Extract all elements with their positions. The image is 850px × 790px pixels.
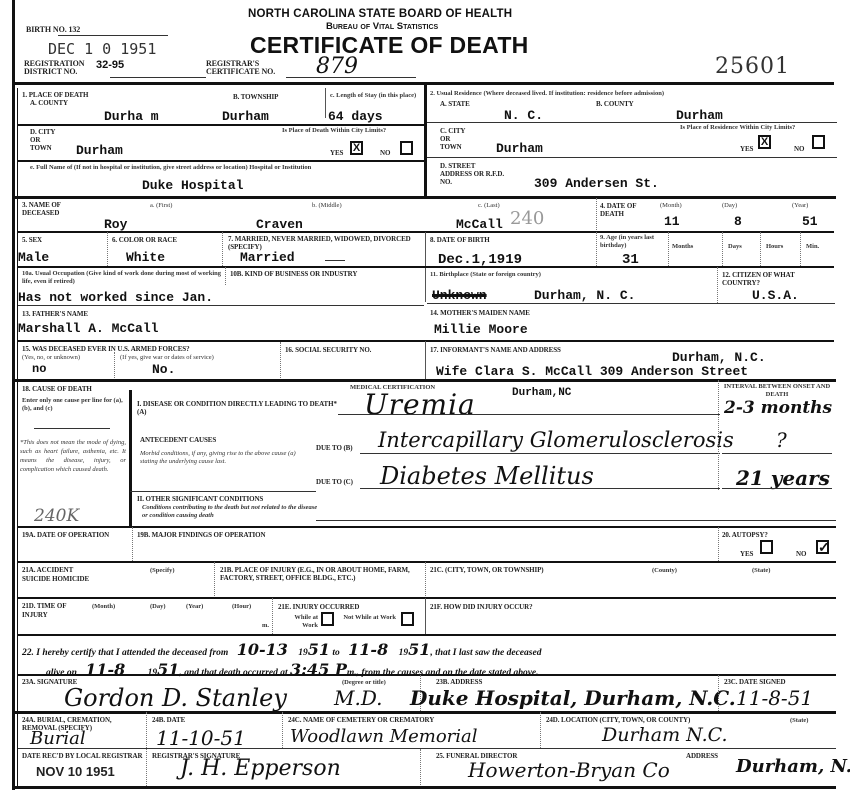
physician-degree: M.D. bbox=[334, 686, 383, 710]
birth-number: Birth No. 132 bbox=[26, 26, 80, 34]
township-label: b. Township bbox=[233, 93, 278, 101]
divider bbox=[425, 341, 426, 379]
registration-district-label: Registration District No. bbox=[24, 60, 88, 76]
occupation-label: 10a. Usual Occupation (Give kind of work… bbox=[22, 270, 222, 285]
registrar-certificate-label: Registrar's Certificate No. bbox=[206, 60, 286, 76]
length-of-stay-label: c. Length of Stay (in this place) bbox=[330, 92, 424, 100]
form-bottom-border bbox=[14, 786, 836, 789]
immediate-cause-value: Uremia bbox=[364, 388, 476, 421]
due-to-b-label: Due to (b) bbox=[316, 444, 352, 452]
cemetery-value: Woodlawn Memorial bbox=[290, 726, 478, 747]
autopsy-yes-label: Yes bbox=[740, 550, 753, 558]
hospital-label: e. Full Name of (If not in hospital or i… bbox=[30, 164, 410, 172]
injury-year-label: (Year) bbox=[186, 603, 203, 611]
occupation-value: Has not worked since Jan. bbox=[18, 290, 213, 305]
last-name-label: c. (Last) bbox=[478, 202, 500, 210]
antecedent-causes-label: Antecedent Causes bbox=[140, 436, 216, 444]
last-name-value: McCall bbox=[456, 217, 503, 232]
birthplace-label: 11. Birthplace (State or foreign country… bbox=[430, 271, 541, 279]
first-name-value: Roy bbox=[104, 217, 127, 232]
divider bbox=[800, 232, 801, 266]
immediate-cause-label: I. Disease or Condition Directly Leading… bbox=[137, 400, 337, 416]
row-rule bbox=[18, 231, 834, 233]
year-prefix: 19 bbox=[298, 648, 308, 658]
date-received-stamp: NOV 10 1951 bbox=[36, 764, 115, 779]
divider bbox=[596, 232, 597, 266]
row-rule bbox=[18, 526, 836, 528]
attended-to-date: 11-8 bbox=[348, 640, 388, 659]
divider bbox=[717, 267, 718, 303]
cause-a-line bbox=[338, 414, 720, 415]
interval-c-value: 21 years bbox=[736, 466, 830, 490]
injury-hour-label: (Hour) bbox=[232, 603, 251, 611]
war-dates-hint: (If yes, give war or dates of service) bbox=[120, 354, 214, 362]
attended-from-year: 51 bbox=[308, 640, 330, 659]
industry-label: 10b. Kind of Business or Industry bbox=[230, 270, 420, 278]
cause-footnote: *This does not mean the mode of dying, s… bbox=[20, 438, 126, 474]
row-rule bbox=[427, 303, 835, 304]
row-rule bbox=[427, 122, 837, 123]
informant-label: 17. Informant's Name and Address bbox=[430, 346, 561, 354]
row-rule bbox=[18, 124, 424, 126]
section-1-2-divider bbox=[424, 85, 427, 197]
birthplace-value: Durham, N. C. bbox=[534, 288, 635, 303]
dob-label: 8. Date of Birth bbox=[430, 236, 490, 244]
injury-occurred-label: 21e. Injury Occurred bbox=[278, 603, 359, 611]
cause-c-value: Diabetes Mellitus bbox=[380, 462, 594, 490]
months-label: Months bbox=[672, 243, 693, 251]
due-to-c-label: Due to (c) bbox=[316, 478, 353, 486]
death-year-label: (Year) bbox=[792, 202, 808, 210]
cause-left-divider bbox=[129, 390, 132, 526]
interval-b-value: ? bbox=[776, 428, 787, 452]
how-injury-occurred-label: 21f. How Did Injury Occur? bbox=[430, 603, 533, 611]
cause-instructions: Enter only one cause per line for (a), (… bbox=[22, 397, 126, 412]
cert-text-5: m., from the causes and on the date stat… bbox=[347, 668, 539, 678]
registrar-certificate-number: 879 bbox=[316, 54, 358, 79]
birth-number-underline bbox=[58, 35, 168, 36]
divider bbox=[225, 267, 226, 285]
row-rule bbox=[18, 340, 834, 342]
informant-value: Wife Clara S. McCall 309 Anderson Street bbox=[436, 364, 748, 379]
divider bbox=[718, 675, 719, 711]
other-conditions-label: II. Other Significant Conditions bbox=[137, 495, 263, 503]
autopsy-label: 20. Autopsy? bbox=[722, 531, 768, 539]
within-limits-yes-checkbox[interactable]: X bbox=[350, 141, 363, 155]
row-rule bbox=[18, 748, 836, 749]
armed-forces-label: 15. Was Deceased Ever in U.S. Armed Forc… bbox=[22, 345, 292, 353]
armed-forces-hint: (Yes, no, or unknown) bbox=[22, 354, 80, 362]
county-value: Durha m bbox=[104, 109, 159, 124]
middle-name-label: b. (Middle) bbox=[312, 202, 342, 210]
funeral-address-label: Address bbox=[686, 752, 718, 760]
divider bbox=[146, 712, 147, 788]
hospital-value: Duke Hospital bbox=[142, 178, 243, 193]
burial-state-label: (State) bbox=[790, 717, 808, 725]
attended-to-year: 51 bbox=[408, 640, 430, 659]
days-label: Days bbox=[728, 243, 742, 251]
birthplace-struck: Unknown bbox=[432, 288, 487, 303]
divider bbox=[668, 232, 669, 266]
place-of-death-label: 1. Place of Death bbox=[22, 91, 88, 99]
note-separator bbox=[34, 428, 110, 429]
row-rule bbox=[18, 597, 836, 599]
agency-name: NORTH CAROLINA STATE BOARD OF HEALTH bbox=[248, 8, 512, 20]
death-time: 3:45 P bbox=[290, 660, 347, 679]
operation-findings-label: 19b. Major Findings of Operation bbox=[137, 531, 265, 539]
res-within-limits-yes-checkbox[interactable]: X bbox=[758, 135, 771, 149]
divider bbox=[540, 712, 541, 748]
divider bbox=[722, 232, 723, 266]
year-prefix: 19 bbox=[399, 648, 409, 658]
interval-divider bbox=[718, 380, 719, 490]
section-rule bbox=[14, 379, 836, 382]
physician-address: Duke Hospital, Durham, N.C. bbox=[410, 686, 736, 710]
ssn-label: 16. Social Security No. bbox=[285, 346, 371, 354]
res-yes-label: Yes bbox=[740, 145, 753, 153]
hours-label: Hours bbox=[766, 243, 783, 251]
autopsy-no-checkbox[interactable]: ✓ bbox=[816, 540, 829, 554]
injury-time-label: 21d. Time of Injury bbox=[22, 602, 70, 620]
city-label: d. City or Town bbox=[30, 128, 62, 152]
year-prefix: 19 bbox=[148, 668, 158, 678]
injury-state-label: (State) bbox=[752, 567, 770, 575]
row-rule bbox=[427, 157, 837, 158]
res-county-label: b. County bbox=[596, 100, 634, 108]
section-rule bbox=[14, 711, 836, 714]
minutes-label: Min. bbox=[806, 243, 819, 251]
death-month-label: (Month) bbox=[660, 202, 682, 210]
marital-mark bbox=[325, 260, 345, 261]
race-value: White bbox=[126, 250, 165, 265]
cause-c-line bbox=[360, 488, 720, 489]
sex-value: Male bbox=[18, 250, 49, 265]
date-signed-value: 11-8-51 bbox=[736, 686, 813, 710]
father-label: 13. Father's Name bbox=[22, 310, 88, 318]
bureau-name: Bureau of Vital Statistics bbox=[326, 21, 438, 32]
burial-type-value: Burial bbox=[30, 728, 86, 749]
middle-name-value: Craven bbox=[256, 217, 303, 232]
war-dates-value: No. bbox=[152, 362, 175, 377]
burial-date-label: 24b. Date bbox=[152, 716, 185, 724]
part2-line bbox=[316, 520, 836, 521]
res-city-label: c. City or Town bbox=[440, 127, 472, 151]
certification-statement: 22. I hereby certify that I attended the… bbox=[22, 640, 834, 659]
mother-value: Millie Moore bbox=[434, 322, 528, 337]
row-rule bbox=[18, 305, 424, 306]
row-rule bbox=[18, 160, 424, 162]
autopsy-yes-checkbox[interactable] bbox=[760, 540, 773, 554]
injury-day-label: (Day) bbox=[150, 603, 166, 611]
certification-location: Durham,NC bbox=[512, 387, 571, 399]
registration-district-value: 32-95 bbox=[96, 59, 124, 71]
cert-text-2: , that I last saw the deceased bbox=[430, 648, 541, 658]
first-name-label: a. (First) bbox=[150, 202, 172, 210]
divider bbox=[282, 712, 283, 748]
last-name-annotation: 240 bbox=[510, 208, 544, 229]
informant-city: Durham, N.C. bbox=[672, 350, 766, 365]
usual-residence-label: 2. Usual Residence (Where deceased lived… bbox=[430, 90, 840, 98]
length-of-stay-value: 64 days bbox=[328, 109, 383, 124]
cert-text-1: 22. I hereby certify that I attended the… bbox=[22, 648, 228, 658]
res-within-limits-label: Is Place of Residence Within City Limits… bbox=[680, 124, 840, 132]
not-while-at-work-checkbox[interactable] bbox=[401, 612, 414, 626]
divider bbox=[425, 598, 426, 634]
part2-rule bbox=[130, 491, 316, 492]
race-label: 6. Color or Race bbox=[112, 236, 177, 244]
attended-from-date: 10-13 bbox=[237, 640, 288, 659]
form-left-border bbox=[12, 0, 15, 790]
city-value: Durham bbox=[76, 143, 123, 158]
state-label: a. State bbox=[440, 100, 470, 108]
physician-address-label: 23b. Address bbox=[436, 678, 482, 686]
row-rule bbox=[18, 561, 836, 563]
street-label: d. Street Address or R.F.D. No. bbox=[440, 162, 508, 186]
section-rule bbox=[14, 196, 836, 199]
interval-label: Interval Between Onset and Death bbox=[722, 383, 832, 398]
funeral-address-value: Durham, N.C. bbox=[736, 756, 850, 777]
interval-c-line bbox=[722, 488, 832, 489]
burial-date-value: 11-10-51 bbox=[156, 726, 246, 750]
received-date-stamp: DEC 1 0 1951 bbox=[48, 40, 156, 58]
cert-text-4: , and that death occurred at bbox=[179, 668, 287, 678]
cause-b-value: Intercapillary Glomerulosclerosis bbox=[378, 428, 734, 452]
within-city-limits-label: Is Place of Death Within City Limits? bbox=[282, 127, 422, 135]
divider bbox=[214, 562, 215, 598]
injury-city-label: 21c. (City, Town, or Township) bbox=[430, 566, 544, 574]
row-rule bbox=[18, 634, 836, 636]
row-rule bbox=[18, 674, 836, 676]
res-county-value: Durham bbox=[676, 108, 723, 123]
stay-divider bbox=[325, 88, 326, 118]
injury-m-label: m. bbox=[262, 622, 269, 630]
other-conditions-hint: Conditions contributing to the death but… bbox=[142, 504, 322, 519]
while-at-work-label: While at Work bbox=[282, 614, 318, 629]
antecedent-hint: Morbid conditions, if any, giving rise t… bbox=[140, 450, 312, 465]
yes-label: Yes bbox=[330, 149, 343, 157]
burial-location-label: 24d. Location (City, town, or county) bbox=[546, 716, 690, 724]
county-label: a. County bbox=[30, 99, 68, 107]
death-month-value: 11 bbox=[664, 214, 680, 229]
last-seen-year: 51 bbox=[157, 660, 179, 679]
injury-month-label: (Month) bbox=[92, 603, 115, 611]
marital-status-value: Married bbox=[240, 250, 295, 265]
physician-signature: Gordon D. Stanley bbox=[64, 684, 287, 712]
res-no-label: No bbox=[794, 145, 804, 153]
divider bbox=[718, 527, 719, 561]
res-within-limits-no-checkbox[interactable] bbox=[812, 135, 825, 149]
form-left-border-inner bbox=[17, 88, 18, 788]
margin-annotation: 240K bbox=[34, 506, 79, 526]
not-while-at-work-label: Not While at Work bbox=[340, 614, 396, 622]
cemetery-label: 24c. Name of Cemetery or Crematory bbox=[288, 716, 434, 724]
divider bbox=[132, 527, 133, 561]
marital-status-label: 7. Married, Never Married, Widowed, Divo… bbox=[228, 235, 423, 251]
divider bbox=[222, 232, 223, 266]
divider bbox=[760, 232, 761, 266]
citizen-value: U.S.A. bbox=[752, 288, 799, 303]
document-title: CERTIFICATE OF DEATH bbox=[250, 32, 529, 59]
death-year-value: 51 bbox=[802, 214, 818, 229]
injury-county-label: (County) bbox=[652, 567, 677, 575]
autopsy-no-label: No bbox=[796, 550, 806, 558]
res-city-value: Durham bbox=[496, 141, 543, 156]
divider bbox=[272, 598, 273, 634]
injury-place-label: 21b. Place of Injury (e.g., in or about … bbox=[220, 566, 416, 582]
township-value: Durham bbox=[222, 109, 269, 124]
date-signed-label: 23c. Date Signed bbox=[724, 678, 785, 686]
divider bbox=[425, 562, 426, 598]
date-of-death-label: 4. Date of Death bbox=[600, 202, 640, 218]
operation-date-label: 19a. Date of Operation bbox=[22, 531, 132, 539]
divider bbox=[280, 342, 281, 378]
street-value: 309 Andersen St. bbox=[534, 176, 659, 191]
accident-type-label: 21a. Accident Suicide Homicide bbox=[22, 566, 92, 584]
state-file-number: 25601 bbox=[715, 54, 790, 79]
while-at-work-checkbox[interactable] bbox=[321, 612, 334, 626]
registrar-signature: J. H. Epperson bbox=[180, 756, 341, 781]
no-label: No bbox=[380, 149, 390, 157]
last-seen-date: 11-8 bbox=[85, 660, 125, 679]
interval-b-line bbox=[722, 453, 832, 454]
age-label: 9. Age (in years last birthday) bbox=[600, 234, 666, 249]
divider bbox=[420, 749, 421, 787]
row-rule bbox=[18, 266, 834, 268]
death-day-label: (Day) bbox=[722, 202, 737, 210]
sex-label: 5. Sex bbox=[22, 236, 42, 244]
interval-a-value: 2-3 months bbox=[724, 398, 832, 418]
citizen-label: 12. Citizen of What Country? bbox=[722, 271, 834, 287]
certification-statement-line-2: alive on 11-8 1951, and that death occur… bbox=[46, 660, 539, 679]
registration-district-underline bbox=[110, 77, 206, 78]
cause-b-line bbox=[360, 453, 720, 454]
deceased-name-label: 3. Name of Deceased bbox=[22, 201, 78, 217]
divider bbox=[107, 232, 108, 266]
within-limits-no-checkbox[interactable] bbox=[400, 141, 413, 155]
father-value: Marshall A. McCall bbox=[18, 321, 158, 336]
divider bbox=[114, 352, 115, 378]
burial-location-value: Durham N.C. bbox=[602, 724, 728, 746]
to-label: to bbox=[332, 648, 339, 658]
name-date-divider bbox=[596, 198, 597, 232]
armed-forces-value: no bbox=[32, 362, 46, 376]
registrar-certificate-underline bbox=[286, 77, 416, 78]
funeral-director-value: Howerton-Bryan Co bbox=[468, 758, 670, 782]
cert-text-3: alive on bbox=[46, 668, 77, 678]
cause-of-death-label: 18. Cause of Death bbox=[22, 385, 92, 393]
mother-label: 14. Mother's Maiden Name bbox=[430, 309, 530, 317]
state-value: N. C. bbox=[504, 108, 543, 123]
date-received-label: Date Rec'd by Local Registrar bbox=[22, 752, 150, 760]
accident-specify-label: (Specify) bbox=[150, 567, 175, 575]
death-day-value: 8 bbox=[734, 214, 742, 229]
